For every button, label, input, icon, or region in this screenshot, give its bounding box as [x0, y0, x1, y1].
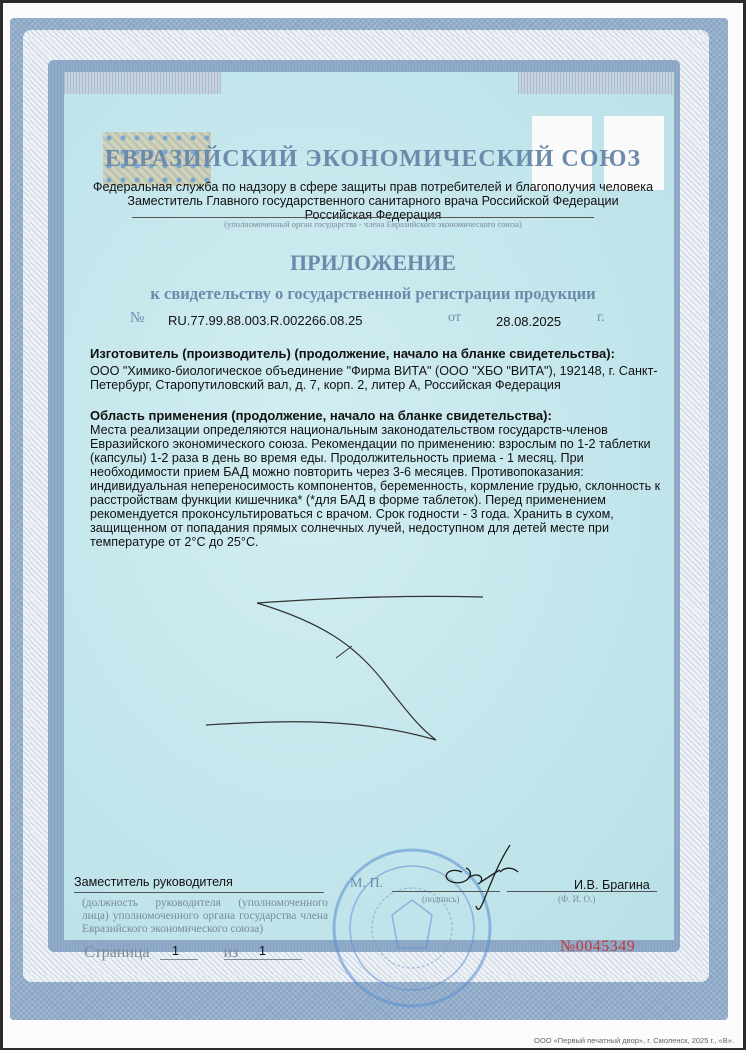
name-caption: (Ф. И. О.): [558, 894, 595, 904]
printer-imprint: ООО «Первый печатный двор», г. Смоленск,…: [534, 1036, 734, 1045]
signature-underline: [392, 891, 500, 892]
z-mark-bottom-stroke: [206, 722, 436, 740]
z-mark-diagonal-stroke: [257, 603, 436, 740]
form-serial-number: №0045349: [560, 938, 635, 956]
role-underline: [74, 892, 324, 893]
page-label: Страница: [84, 944, 150, 961]
z-mark-top-stroke: [257, 596, 483, 603]
page-total-underline: [224, 959, 302, 960]
signature-caption: (подпись): [422, 894, 459, 904]
seal-place-label: М. П.: [350, 876, 383, 892]
page-current: 1: [172, 944, 179, 958]
z-mark-cross-tick: [336, 646, 352, 658]
role-caption: (должность руководителя (уполномоченного…: [82, 897, 328, 936]
page-total: 1: [259, 944, 266, 958]
signer-name: И.В. Брагина: [574, 878, 650, 892]
signer-role: Заместитель руководителя: [74, 875, 233, 889]
page-current-underline: [160, 959, 198, 960]
official-seal-icon: [334, 850, 490, 1006]
